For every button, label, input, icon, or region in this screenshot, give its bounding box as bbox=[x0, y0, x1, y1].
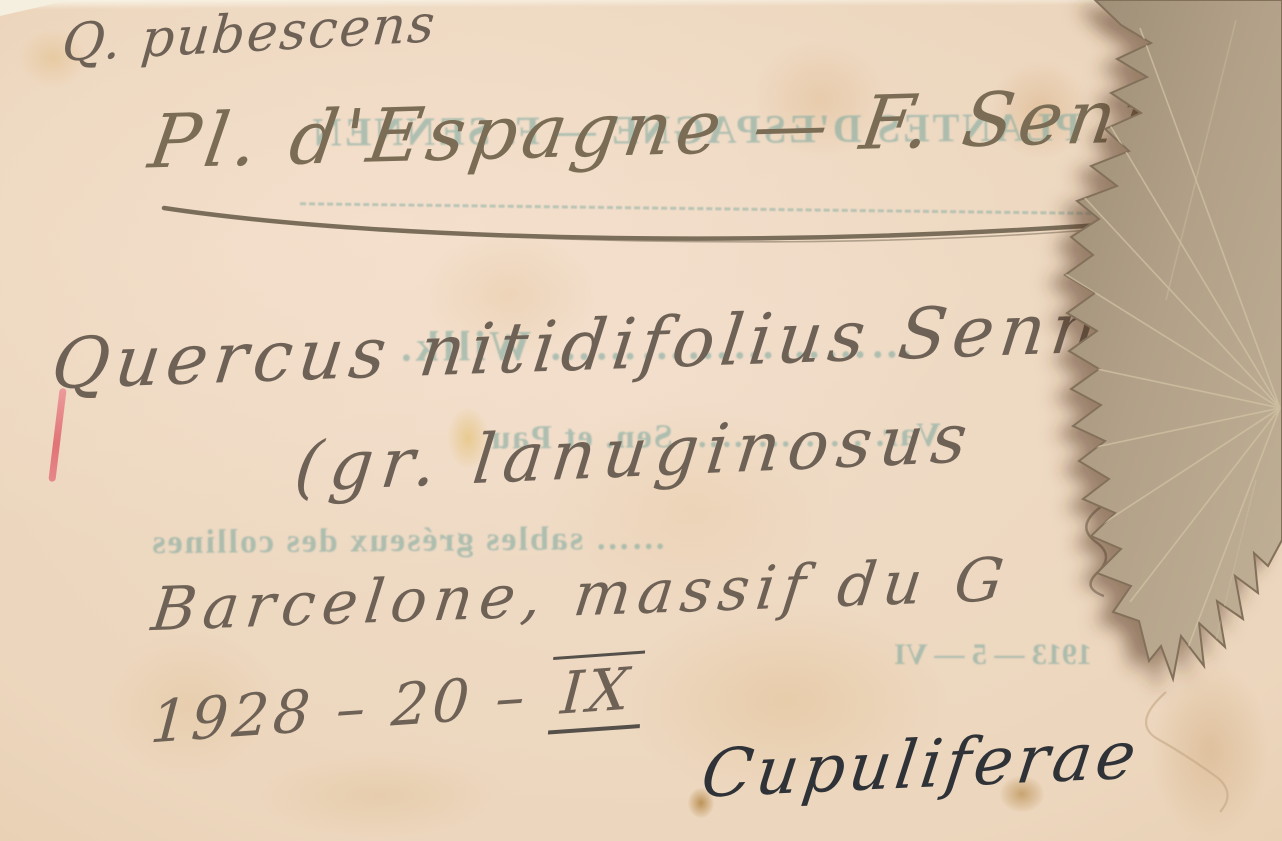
handwritten-group-name: (gr. lanuginosus bbox=[291, 399, 979, 508]
date-year: 1928 bbox=[148, 677, 316, 757]
date-separator: – bbox=[493, 662, 531, 733]
stain bbox=[250, 750, 510, 840]
date-month-roman: IX bbox=[548, 651, 645, 735]
handwritten-collection-date: 1928 – 20 – IX bbox=[148, 651, 646, 763]
plant-fiber bbox=[1146, 692, 1227, 812]
handwritten-species-name: Quercus nitidifolius Senne bbox=[47, 285, 1155, 406]
plant-fiber bbox=[1086, 506, 1106, 596]
leaf-blade bbox=[1065, 0, 1282, 679]
handwritten-annotation-species: Q. pubescens bbox=[60, 0, 439, 74]
pressed-oak-leaf bbox=[1016, 0, 1282, 841]
date-separator: – bbox=[334, 673, 372, 744]
herbarium-label-scan: PLANTES D'ESPAGNE — F. SENNEN …………………… W… bbox=[0, 0, 1282, 841]
date-day: 20 bbox=[389, 665, 475, 739]
